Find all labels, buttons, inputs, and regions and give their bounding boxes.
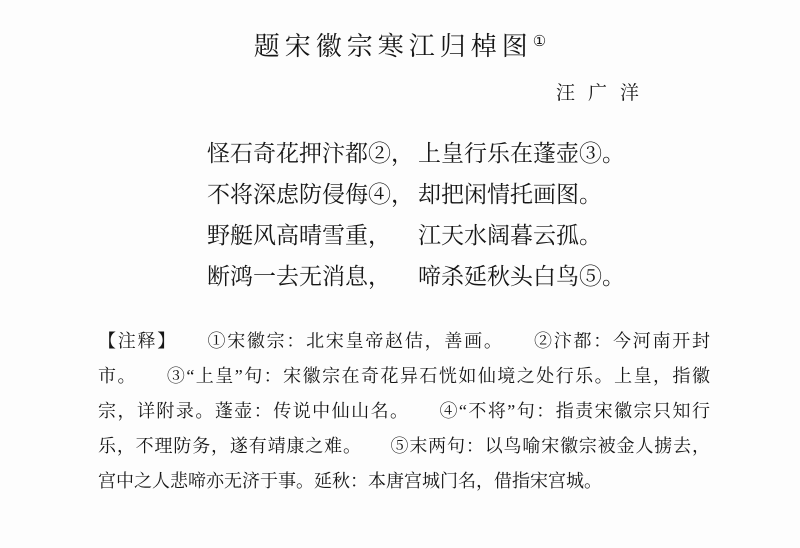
poem-half-left: 断鸿一去无消息，: [207, 263, 418, 304]
annotations-section: 【注释】 ①宋徽宗：北宋皇帝赵佶，善画。 ②汴都：今河南开封 市。 ③“上皇”句…: [98, 324, 710, 499]
poem-body: 怪石奇花押汴都②， 上皇行乐在蓬壶③。 不将深虑防侵侮④， 却把闲情托画图。 野…: [207, 140, 625, 304]
title-note-ref: ①: [533, 34, 546, 50]
poem-line: 不将深虑防侵侮④， 却把闲情托画图。: [207, 181, 625, 222]
annotation-line: 宫中之人悲啼亦无济于事。延秋：本唐宫城门名，借指宋宫城。: [98, 464, 710, 499]
annotation-line: 宗，详附录。蓬壶：传说中仙山名。 ④“不将”句：指责宋徽宗只知行: [98, 394, 710, 429]
poem-half-left: 怪石奇花押汴都②，: [207, 140, 418, 181]
poem-half-right: 江天水阔暮云孤。: [418, 222, 602, 263]
annotation-line: 乐，不理防务，遂有靖康之难。 ⑤末两句：以鸟喻宋徽宗被金人掳去，: [98, 429, 710, 464]
poem-half-left: 野艇风高晴雪重，: [207, 222, 418, 263]
annotation-line: 市。 ③“上皇”句：宋徽宗在奇花异石恍如仙境之处行乐。上皇，指徽: [98, 359, 710, 394]
annotation-line: 【注释】 ①宋徽宗：北宋皇帝赵佶，善画。 ②汴都：今河南开封: [98, 324, 710, 359]
author-name: 汪广洋: [556, 78, 652, 105]
poem-half-right: 上皇行乐在蓬壶③。: [418, 140, 625, 181]
poem-half-left: 不将深虑防侵侮④，: [207, 181, 418, 222]
poem-half-right: 啼杀延秋头白鸟⑤。: [418, 263, 625, 304]
scanned-page: 题宋徽宗寒江归棹图① 汪广洋 怪石奇花押汴都②， 上皇行乐在蓬壶③。 不将深虑防…: [0, 0, 800, 548]
poem-title-text: 题宋徽宗寒江归棹图: [254, 32, 533, 61]
poem-half-right: 却把闲情托画图。: [418, 181, 602, 222]
poem-line: 断鸿一去无消息， 啼杀延秋头白鸟⑤。: [207, 263, 625, 304]
poem-line: 野艇风高晴雪重， 江天水阔暮云孤。: [207, 222, 625, 263]
poem-line: 怪石奇花押汴都②， 上皇行乐在蓬壶③。: [207, 140, 625, 181]
poem-title: 题宋徽宗寒江归棹图①: [0, 26, 800, 63]
